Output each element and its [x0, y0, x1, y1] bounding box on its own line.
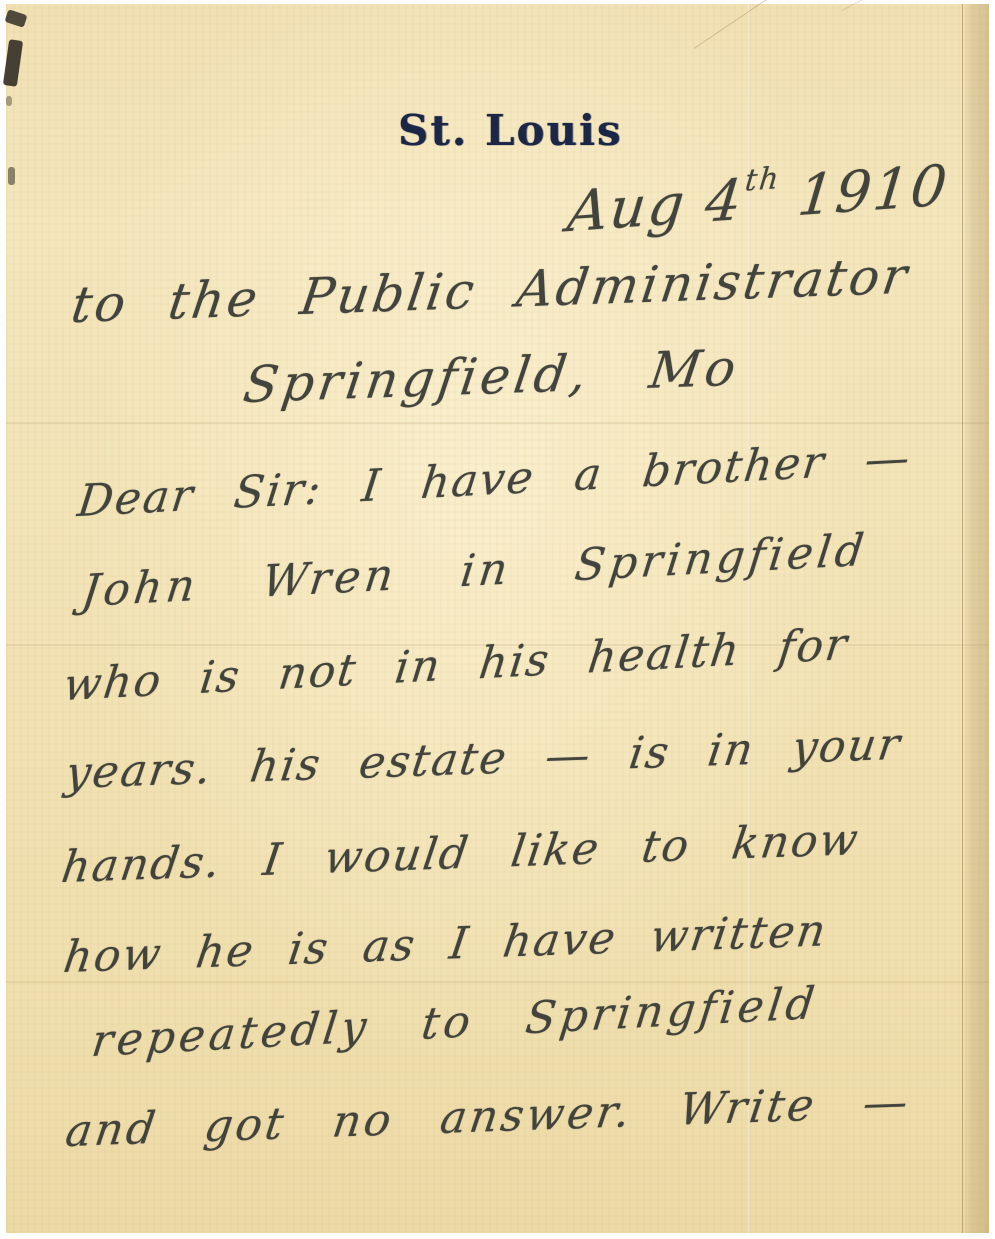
date-day: Aug 4 [564, 167, 746, 245]
body-line: John Wren in Springfield [79, 525, 871, 618]
date-line: Aug 4th 1910 [564, 149, 952, 245]
body-line: Dear Sir: I have a brother — [75, 432, 915, 527]
scanned-letter: St. Louis Aug 4th 1910 to the Public Adm… [0, 0, 995, 1239]
body-line: how he is as I have written [60, 905, 830, 983]
scan-mark [6, 96, 12, 106]
letterhead-city: St. Louis [398, 106, 623, 155]
body-line: repeatedly to Springfield [89, 978, 821, 1067]
corner-fold-crease [842, 0, 948, 11]
scan-mark [8, 167, 15, 185]
date-year: 1910 [775, 153, 952, 231]
horizontal-crease [6, 981, 989, 983]
letter-page: St. Louis Aug 4th 1910 to the Public Adm… [6, 4, 989, 1233]
address-line-recipient: to the Public Administrator [68, 247, 914, 335]
scan-mark [3, 39, 23, 87]
date-ordinal: th [743, 161, 782, 199]
scan-mark [4, 9, 27, 28]
body-line: and got no answer. Write — [62, 1076, 914, 1157]
body-line: years. his estate — is in your [62, 719, 904, 799]
address-line-city: Springfield, Mo [240, 339, 743, 415]
page-edge-shadow [962, 4, 989, 1233]
body-line: who is not in his health for [61, 619, 852, 712]
body-line: hands. I would like to know [58, 814, 863, 893]
horizontal-crease [6, 422, 989, 424]
corner-fold-crease [694, 0, 842, 49]
